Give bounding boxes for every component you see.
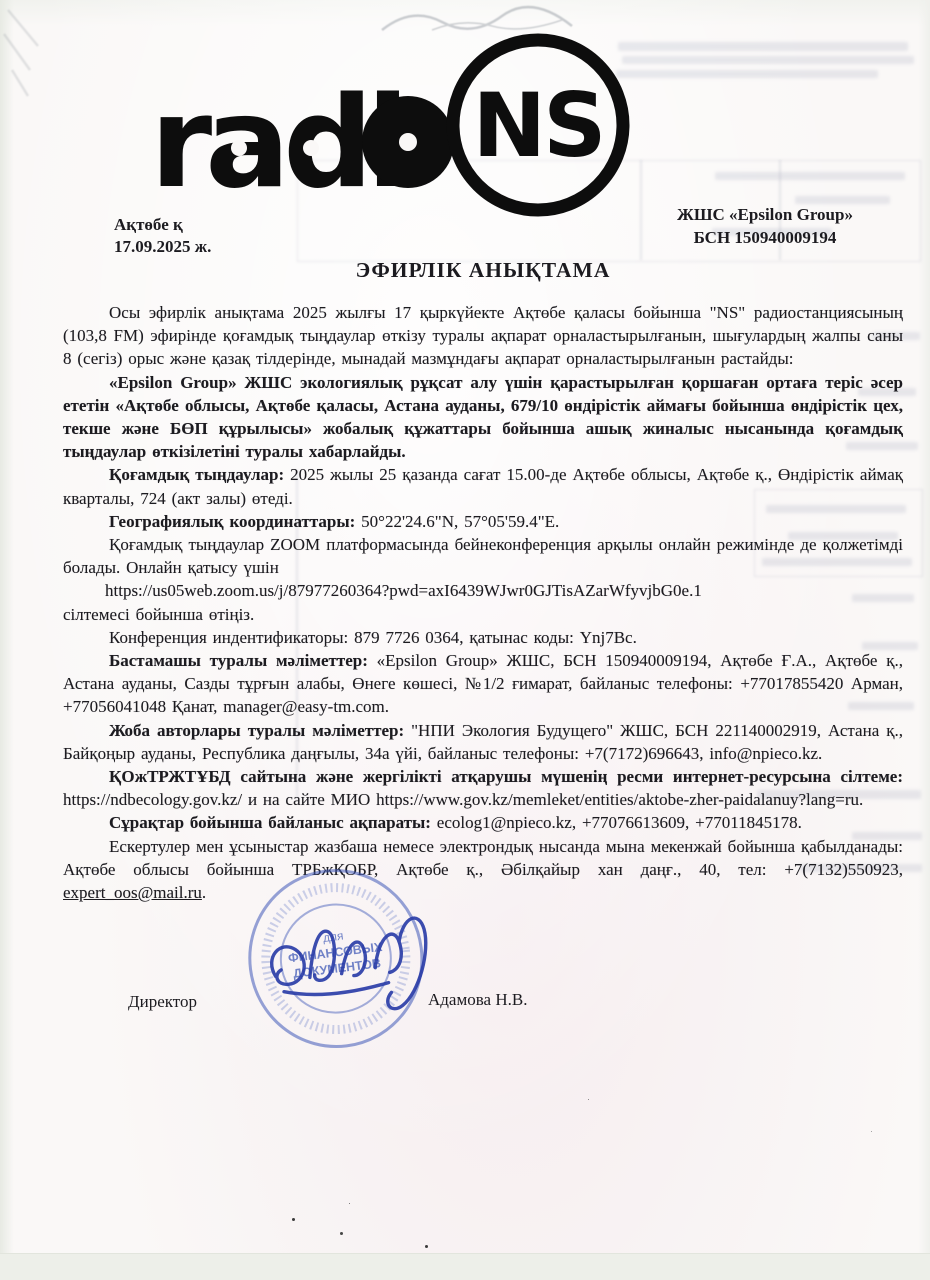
- paragraph-text: Ескертулер мен ұсыныстар жазбаша немесе …: [63, 837, 903, 879]
- record-hole-d: [303, 140, 319, 156]
- bleed-through-text: [618, 42, 908, 51]
- logo-ring-text: NS: [472, 74, 603, 177]
- radio-ns-logo: radi NS: [140, 26, 645, 224]
- paragraph-text: ecolog1@npieco.kz, +77076613609, +770118…: [431, 813, 802, 832]
- scan-edge-left: [0, 0, 14, 1280]
- paragraph-text: 50°22'24.6"N, 57°05'59.4"E.: [355, 512, 559, 531]
- signer-role: Директор: [128, 992, 197, 1012]
- paragraph: Ескертулер мен ұсыныстар жазбаша немесе …: [63, 835, 903, 905]
- scan-edge-bottom: [0, 1253, 930, 1280]
- paragraph-line: https://us05web.zoom.us/j/87977260364?pw…: [63, 579, 903, 602]
- paragraph: Конференция индентификаторы: 879 7726 03…: [63, 626, 903, 649]
- scan-specks: [292, 1218, 295, 1221]
- paragraph-lead: Қоғамдық тыңдаулар:: [109, 465, 284, 484]
- paragraph-text: https://ndbecology.gov.kz/ и на сайте МИ…: [63, 790, 863, 809]
- place-and-date: Ақтөбе қ17.09.2025 ж.: [114, 214, 211, 258]
- paragraph: «Epsilon Group» ЖШС экологиялық рұқсат а…: [63, 371, 903, 464]
- company-bin: БСН 150940009194: [624, 226, 906, 249]
- pencil-smudge: [0, 0, 110, 120]
- record-hole-o: [399, 133, 417, 151]
- paragraph-lead: Сұрақтар бойынша байланыс ақпараты:: [109, 813, 431, 832]
- paragraph-lead: Географиялық координаттары:: [109, 512, 355, 531]
- bleed-through-text: [715, 172, 905, 180]
- paragraph-text: expert_oos@mail.ru: [63, 883, 202, 902]
- paragraph-lead: «Epsilon Group» ЖШС экологиялық рұқсат а…: [63, 373, 903, 462]
- bleed-through-text: [616, 70, 878, 78]
- paragraph-text: Конференция индентификаторы: 879 7726 03…: [109, 628, 637, 647]
- company-block: ЖШС «Epsilon Group» БСН 150940009194: [624, 203, 906, 249]
- date: 17.09.2025 ж.: [114, 237, 211, 256]
- paragraph-lead: Жоба авторлары туралы мәліметтер:: [109, 721, 404, 740]
- paragraph-text: .: [202, 883, 206, 902]
- document-title: ЭФИРЛІК АНЫҚТАМА: [63, 258, 903, 283]
- company-name: ЖШС «Epsilon Group»: [624, 203, 906, 226]
- paragraph-text: Осы эфирлік анықтама 2025 жылғы 17 қыркү…: [63, 303, 903, 368]
- paragraph-lead: ҚОжТРЖТҰБД сайтына және жергілікті атқар…: [109, 767, 903, 786]
- place: Ақтөбе қ: [114, 215, 183, 234]
- paragraph: Қоғамдық тыңдаулар ZOOM платформасында б…: [63, 533, 903, 626]
- signature: [250, 866, 493, 1040]
- bleed-through-text: [622, 56, 914, 64]
- paragraph: Географиялық координаттары: 50°22'24.6"N…: [63, 510, 903, 533]
- scanned-document-page: radi NS Ақтөбе қ17.09.2025 ж. ЖШС «Epsil…: [0, 0, 930, 1280]
- paragraph-lead: Бастамашы туралы мәліметтер:: [109, 651, 368, 670]
- paragraph: Қоғамдық тыңдаулар: 2025 жылы 25 қазанда…: [63, 463, 903, 509]
- paragraph: ҚОжТРЖТҰБД сайтына және жергілікті атқар…: [63, 765, 903, 811]
- paragraph-text: Қоғамдық тыңдаулар ZOOM платформасында б…: [63, 535, 903, 577]
- document-body: Осы эфирлік анықтама 2025 жылғы 17 қыркү…: [63, 301, 903, 904]
- paragraph-line: сілтемесі бойынша өтіңіз.: [63, 603, 903, 626]
- record-hole-a: [231, 140, 247, 156]
- paragraph: Бастамашы туралы мәліметтер: «Epsilon Gr…: [63, 649, 903, 719]
- paragraph: Сұрақтар бойынша байланыс ақпараты: ecol…: [63, 811, 903, 834]
- paragraph: Жоба авторлары туралы мәліметтер: "НПИ Э…: [63, 719, 903, 765]
- paragraph: Осы эфирлік анықтама 2025 жылғы 17 қыркү…: [63, 301, 903, 371]
